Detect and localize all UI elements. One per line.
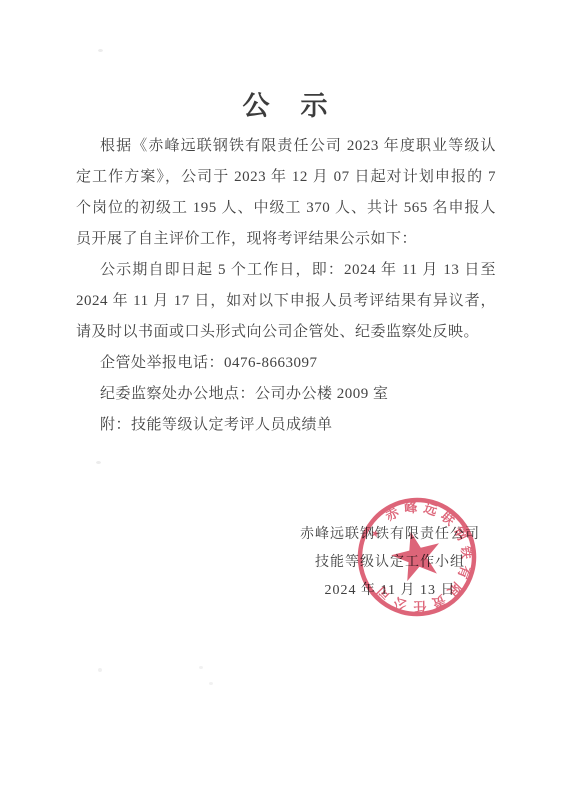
scan-speck (199, 666, 203, 669)
scan-speck (98, 668, 102, 672)
star-icon (387, 526, 446, 584)
paragraph-publicity-period: 公示期自即日起 5 个工作日，即：2024 年 11 月 13 日至 2024 … (76, 255, 496, 348)
attachment-line: 附：技能等级认定考评人员成绩单 (76, 410, 496, 441)
office-location-line: 纪委监察处办公地点：公司办公楼 2009 室 (76, 379, 496, 410)
paragraph-basis: 根据《赤峰远联钢铁有限责任公司 2023 年度职业等级认定工作方案》，公司于 2… (76, 131, 496, 255)
notice-document: 公 示 根据《赤峰远联钢铁有限责任公司 2023 年度职业等级认定工作方案》，公… (0, 0, 566, 800)
company-seal-stamp: ★ 赤峰远联钢铁有限责任公司 (332, 472, 502, 642)
scan-speck (209, 682, 213, 685)
scan-speck (98, 49, 103, 52)
report-phone-line: 企管处举报电话：0476-8663097 (76, 348, 496, 379)
page-title: 公 示 (76, 84, 496, 123)
scan-speck (96, 461, 101, 464)
